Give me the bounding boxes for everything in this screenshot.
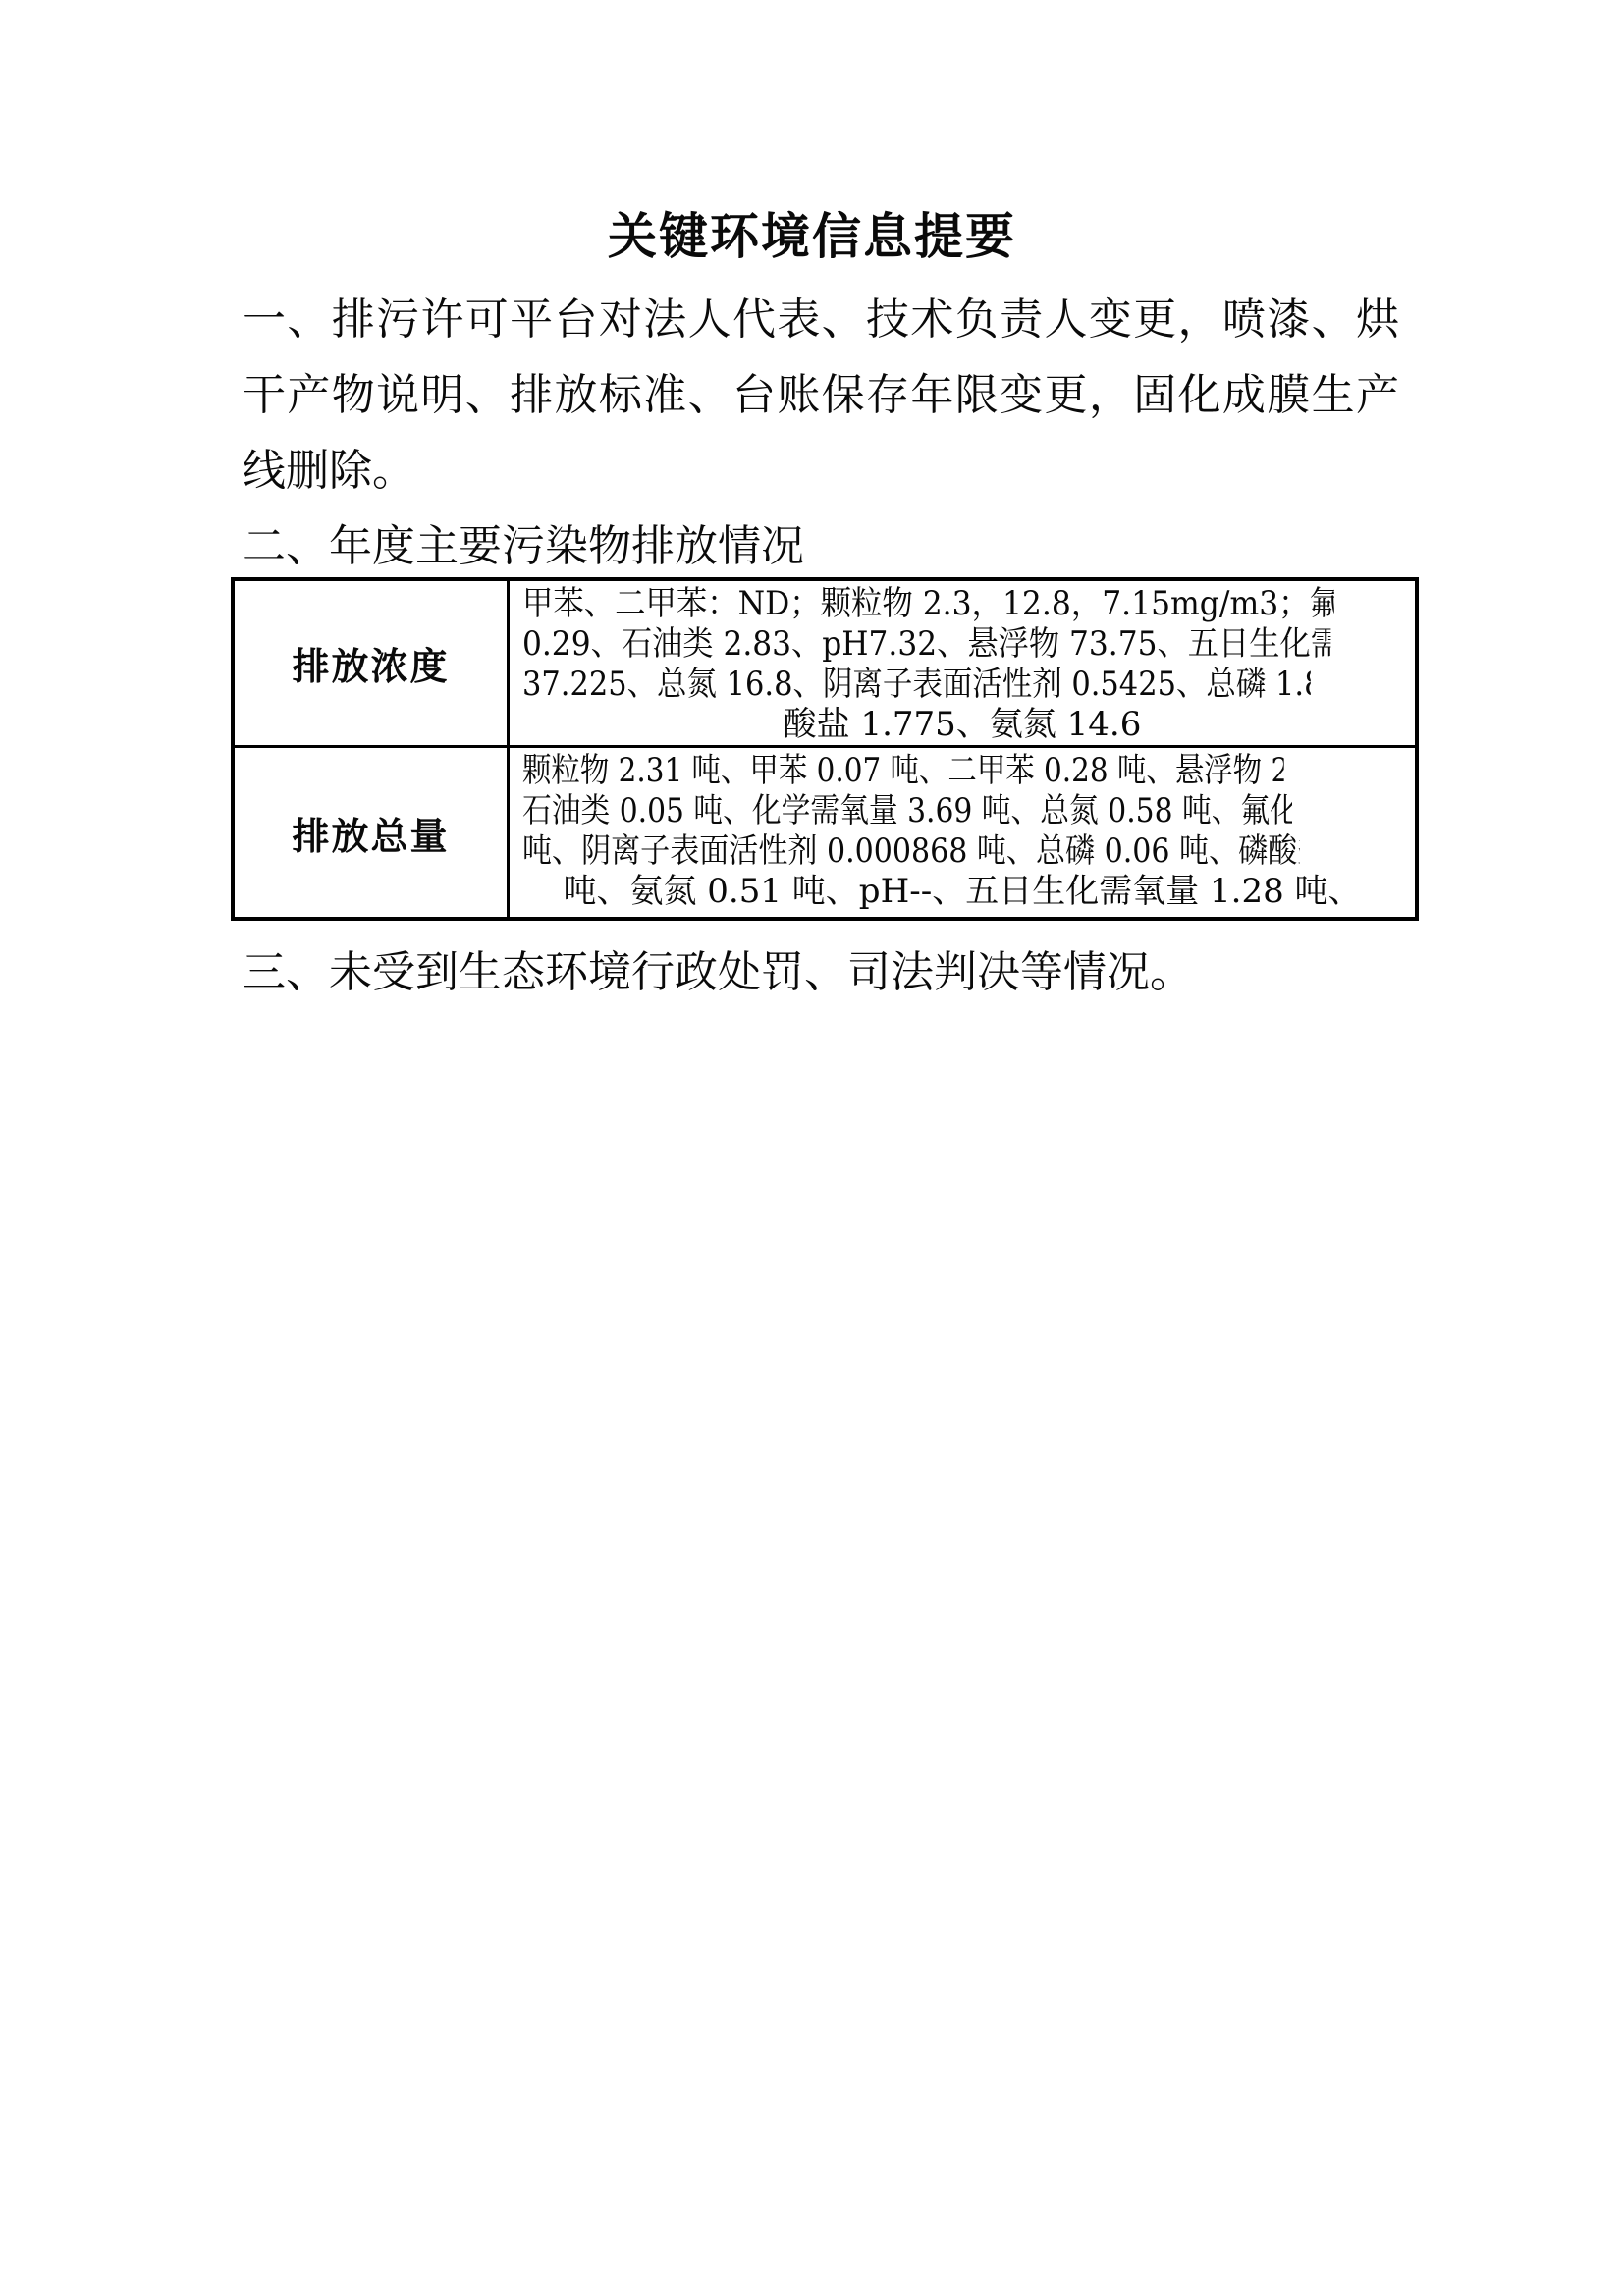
cell-line: 石油类 0.05 吨、化学需氧量 3.69 吨、总氮 0.58 吨、氟化物 0.…: [522, 791, 1292, 831]
row-content-emission-concentration: 甲苯、二甲苯：ND；颗粒物 2.3，12.8，7.15mg/m3；氟化物 0.2…: [510, 581, 1415, 745]
section-1-paragraph: 一、排污许可平台对法人代表、技术负责人变更，喷漆、烘 干产物说明、排放标准、台账…: [243, 282, 1399, 508]
section-1-line-3: 线删除。: [243, 433, 1399, 508]
document-title: 关键环境信息提要: [0, 208, 1624, 265]
cell-line: 吨、氨氮 0.51 吨、pH--、五日生化需氧量 1.28 吨、: [522, 872, 1402, 912]
section-2-heading: 二、年度主要污染物排放情况: [243, 518, 804, 575]
cell-line: 37.225、总氮 16.8、阴离子表面活性剂 0.5425、总磷 1.86、磷: [522, 665, 1311, 705]
cell-line: 甲苯、二甲苯：ND；颗粒物 2.3，12.8，7.15mg/m3；氟化物: [522, 584, 1334, 624]
row-label-emission-concentration: 排放浓度: [235, 581, 510, 745]
cell-line: 0.29、石油类 2.83、pH7.32、悬浮物 73.75、五日生化需氧量: [522, 624, 1330, 665]
cell-line: 颗粒物 2.31 吨、甲苯 0.07 吨、二甲苯 0.28 吨、悬浮物 2.54…: [522, 751, 1284, 791]
emissions-table: 排放浓度 甲苯、二甲苯：ND；颗粒物 2.3，12.8，7.15mg/m3；氟化…: [231, 577, 1419, 921]
section-1-line-1: 一、排污许可平台对法人代表、技术负责人变更，喷漆、烘: [243, 282, 1399, 357]
section-1-line-2: 干产物说明、排放标准、台账保存年限变更，固化成膜生产: [243, 357, 1399, 433]
row-label-emission-total: 排放总量: [235, 748, 510, 917]
table-row-emission-total: 排放总量 颗粒物 2.31 吨、甲苯 0.07 吨、二甲苯 0.28 吨、悬浮物…: [235, 745, 1415, 917]
section-3-paragraph: 三、未受到生态环境行政处罚、司法判决等情况。: [243, 934, 1193, 1010]
cell-line: 吨、阴离子表面活性剂 0.000868 吨、总磷 0.06 吨、磷酸盐 0.06: [522, 831, 1300, 872]
document-page: 关键环境信息提要 一、排污许可平台对法人代表、技术负责人变更，喷漆、烘 干产物说…: [0, 0, 1624, 2296]
cell-line: 酸盐 1.775、氨氮 14.6: [522, 705, 1402, 745]
row-content-emission-total: 颗粒物 2.31 吨、甲苯 0.07 吨、二甲苯 0.28 吨、悬浮物 2.54…: [510, 748, 1415, 917]
table-row-emission-concentration: 排放浓度 甲苯、二甲苯：ND；颗粒物 2.3，12.8，7.15mg/m3；氟化…: [235, 581, 1415, 745]
